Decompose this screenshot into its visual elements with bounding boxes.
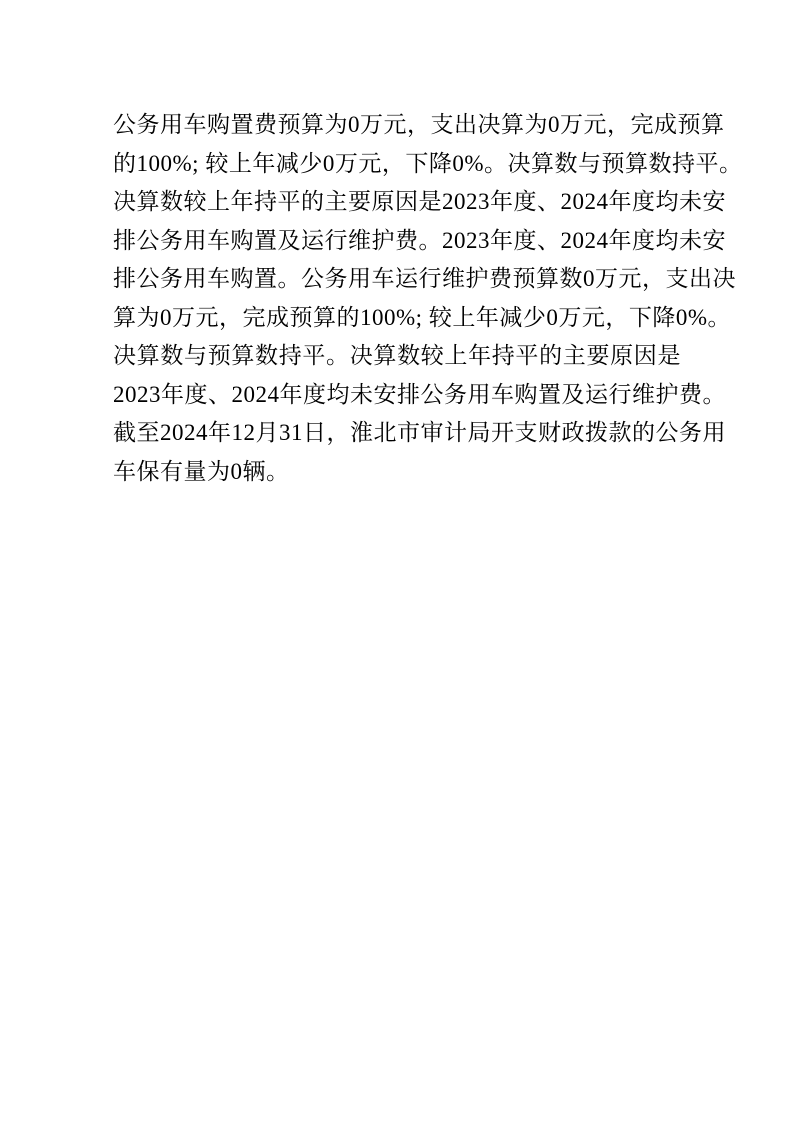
paragraph-last-line: 车保有量为0辆。	[113, 453, 681, 492]
paragraph-line: 决算数较上年持平的主要原因是2023年度、2024年度均未安	[113, 183, 681, 222]
paragraph-line: 截至2024年12月31日，淮北市审计局开支财政拨款的公务用	[113, 414, 681, 453]
paragraph-line: 2023年度、2024年度均未安排公务用车购置及运行维护费。	[113, 376, 681, 415]
document-page: 公务用车购置费预算为0万元，支出决算为0万元，完成预算 的100%; 较上年减少…	[0, 0, 793, 1122]
paragraph-line: 决算数与预算数持平。决算数较上年持平的主要原因是	[113, 337, 681, 376]
paragraph-line: 排公务用车购置。公务用车运行维护费预算数0万元，支出决	[113, 260, 681, 299]
paragraph-line: 算为0万元，完成预算的100%; 较上年减少0万元，下降0%。	[113, 299, 681, 338]
paragraph-block: 公务用车购置费预算为0万元，支出决算为0万元，完成预算 的100%; 较上年减少…	[113, 106, 681, 491]
paragraph-line: 公务用车购置费预算为0万元，支出决算为0万元，完成预算	[113, 106, 681, 145]
paragraph-line: 排公务用车购置及运行维护费。2023年度、2024年度均未安	[113, 222, 681, 261]
paragraph-line: 的100%; 较上年减少0万元，下降0%。决算数与预算数持平。	[113, 145, 681, 184]
